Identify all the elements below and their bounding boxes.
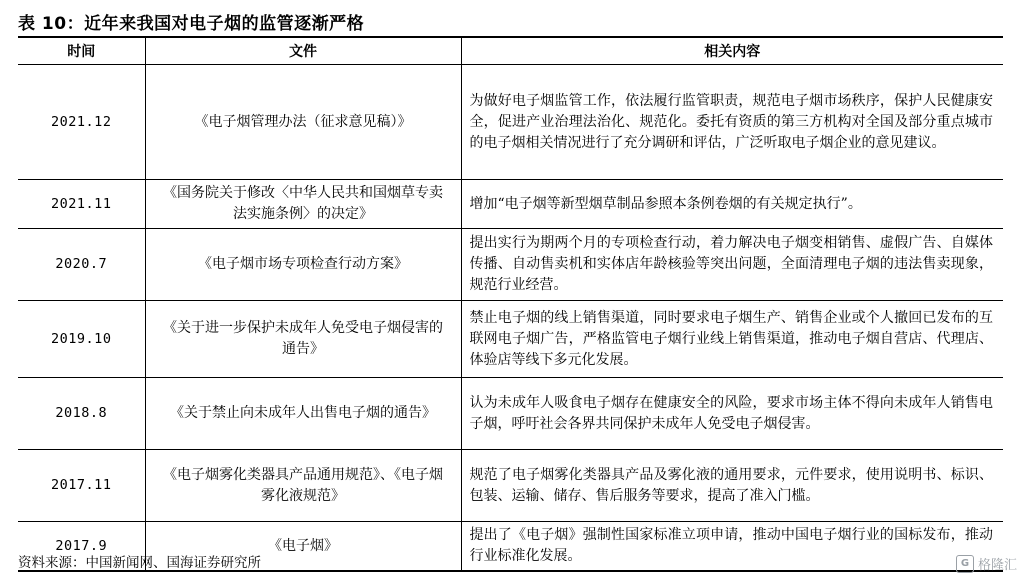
row-time: 2018.8: [18, 378, 145, 450]
gelonghui-logo-icon: G: [956, 555, 974, 573]
row-time: 2021.11: [18, 180, 145, 229]
row-time: 2021.12: [18, 65, 145, 180]
header-content: 相关内容: [461, 37, 1003, 65]
table-row: 2021.12 《电子烟管理办法（征求意见稿）》 为做好电子烟监管工作，依法履行…: [18, 65, 1003, 180]
row-document: 《关于进一步保护未成年人免受电子烟侵害的通告》: [145, 301, 461, 378]
header-time: 时间: [18, 37, 145, 65]
header-document: 文件: [145, 37, 461, 65]
row-content: 认为未成年人吸食电子烟存在健康安全的风险，要求市场主体不得向未成年人销售电子烟，…: [461, 378, 1003, 450]
row-document: 《关于禁止向未成年人出售电子烟的通告》: [145, 378, 461, 450]
row-content: 规范了电子烟雾化类器具产品及雾化液的通用要求，元件要求，使用说明书、标识、包装、…: [461, 450, 1003, 522]
table-row: 2020.7 《电子烟市场专项检查行动方案》 提出实行为期两个月的专项检查行动，…: [18, 229, 1003, 301]
row-time: 2020.7: [18, 229, 145, 301]
table-row: 2021.11 《国务院关于修改〈中华人民共和国烟草专卖法实施条例〉的决定》 增…: [18, 180, 1003, 229]
table-row: 2017.11 《电子烟雾化类器具产品通用规范》、《电子烟雾化液规范》 规范了电…: [18, 450, 1003, 522]
row-content: 提出了《电子烟》强制性国家标准立项申请，推动中国电子烟行业的国标发布，推动行业标…: [461, 522, 1003, 572]
row-content: 提出实行为期两个月的专项检查行动，着力解决电子烟变相销售、虚假广告、自媒体传播、…: [461, 229, 1003, 301]
row-content: 禁止电子烟的线上销售渠道，同时要求电子烟生产、销售企业或个人撤回已发布的互联网电…: [461, 301, 1003, 378]
row-document: 《电子烟市场专项检查行动方案》: [145, 229, 461, 301]
table-title: 表 10：近年来我国对电子烟的监管逐渐严格: [18, 9, 364, 34]
table-header-row: 时间 文件 相关内容: [18, 37, 1003, 65]
watermark: G 格隆汇: [956, 554, 1017, 573]
row-content: 增加“电子烟等新型烟草制品参照本条例卷烟的有关规定执行”。: [461, 180, 1003, 229]
source-note: 资料来源：中国新闻网、国海证券研究所: [18, 551, 261, 571]
row-document: 《电子烟管理办法（征求意见稿）》: [145, 65, 461, 180]
row-document: 《电子烟雾化类器具产品通用规范》、《电子烟雾化液规范》: [145, 450, 461, 522]
row-time: 2017.11: [18, 450, 145, 522]
regulation-table: 时间 文件 相关内容 2021.12 《电子烟管理办法（征求意见稿）》 为做好电…: [18, 36, 1003, 572]
row-content: 为做好电子烟监管工作，依法履行监管职责，规范电子烟市场秩序，保护人民健康安全，促…: [461, 65, 1003, 180]
table-row: 2018.8 《关于禁止向未成年人出售电子烟的通告》 认为未成年人吸食电子烟存在…: [18, 378, 1003, 450]
row-time: 2019.10: [18, 301, 145, 378]
watermark-text: 格隆汇: [978, 554, 1017, 573]
table-row: 2019.10 《关于进一步保护未成年人免受电子烟侵害的通告》 禁止电子烟的线上…: [18, 301, 1003, 378]
row-document: 《国务院关于修改〈中华人民共和国烟草专卖法实施条例〉的决定》: [145, 180, 461, 229]
